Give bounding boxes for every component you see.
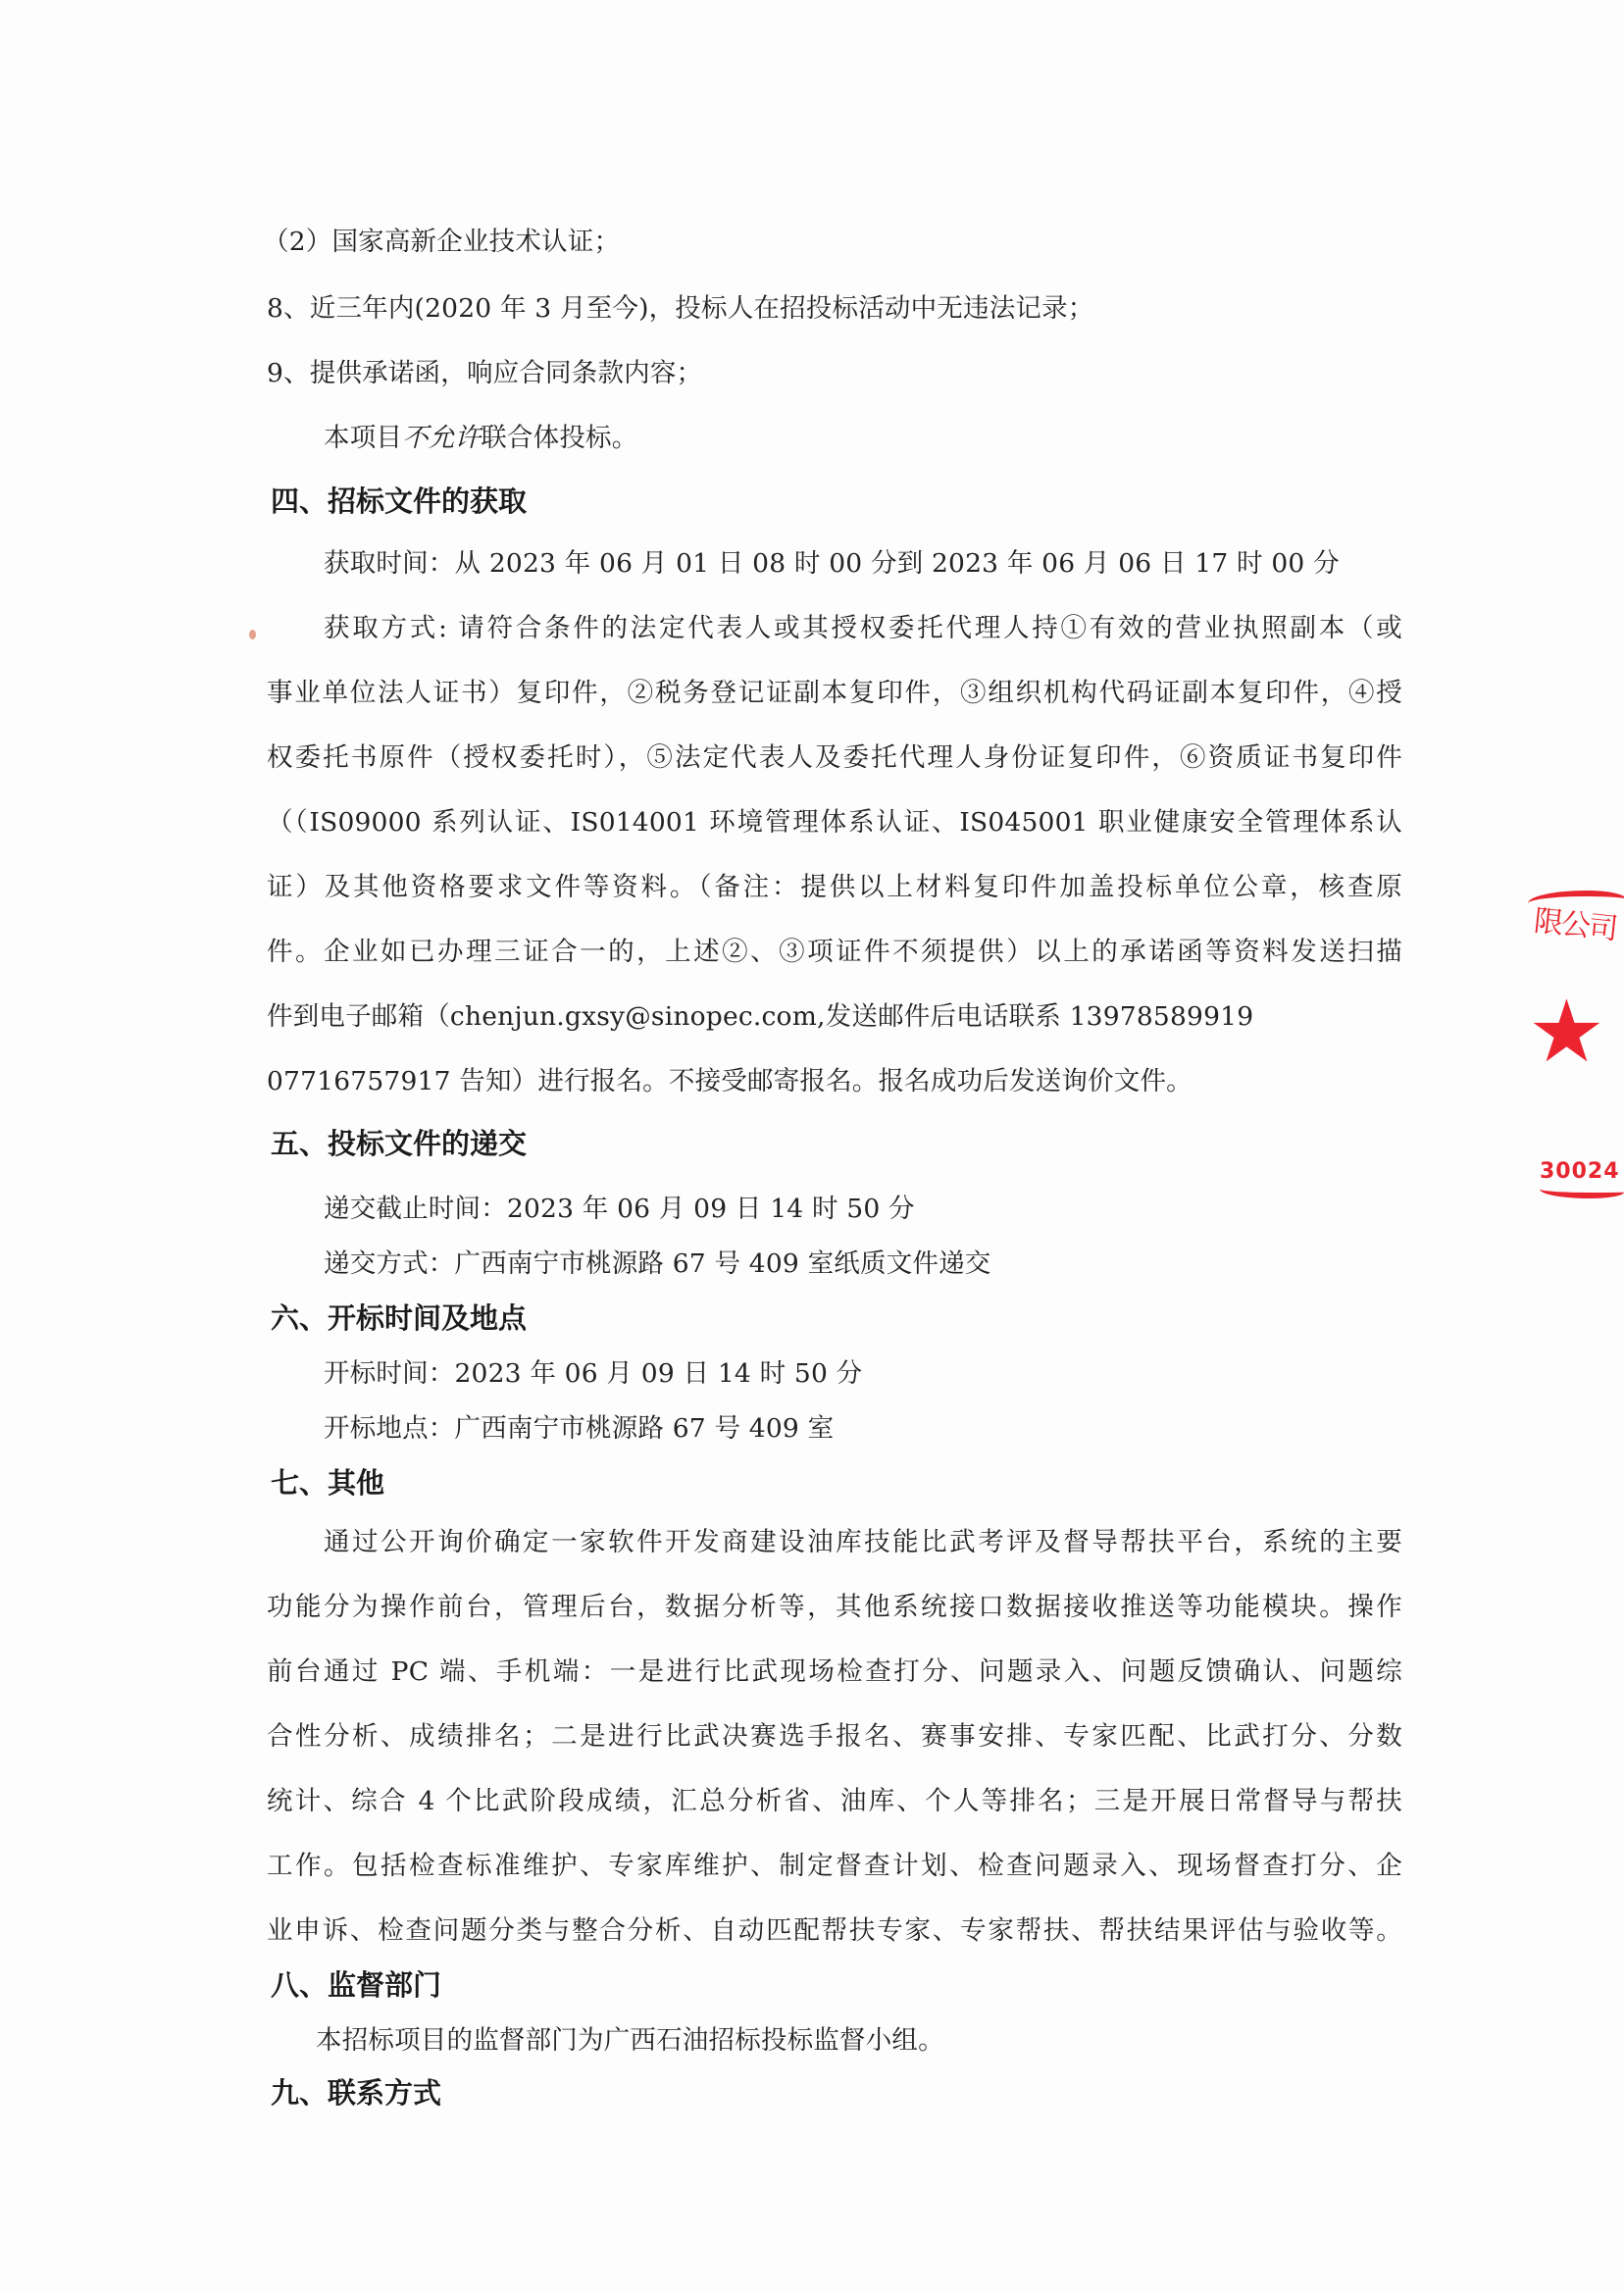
obtain-method-line-3: 权委托书原件（授权委托时），⑤法定代表人及委托代理人身份证复印件，⑥资质证书复印…: [267, 741, 1402, 775]
section-heading-submission: 五、投标文件的递交: [271, 1126, 527, 1161]
obtain-method-line-7: 件到电子邮箱（chenjun.gxsy@sinopec.com,发送邮件后电话联…: [267, 1000, 1253, 1034]
section-heading-obtain-documents: 四、招标文件的获取: [271, 484, 527, 519]
obtain-method-line-8: 07716757917 告知）进行报名。不接受邮寄报名。报名成功后发送询价文件。: [267, 1065, 1193, 1098]
other-line-3: 前台通过 PC 端、手机端：一是进行比武现场检查打分、问题录入、问题反馈确认、问…: [267, 1655, 1402, 1689]
obtain-time: 获取时间：从 2023 年 06 月 01 日 08 时 00 分到 2023 …: [324, 547, 1340, 581]
other-line-5: 统计、综合 4 个比武阶段成绩，汇总分析省、油库、个人等排名；三是开展日常督导与…: [267, 1785, 1402, 1818]
section-heading-supervision: 八、监督部门: [271, 1967, 441, 2003]
consortium-not-allowed: 不允许: [402, 423, 481, 453]
paper-speck: [249, 630, 256, 639]
qualification-item-2: （2）国家高新企业技术认证；: [263, 226, 620, 259]
bid-opening-place: 开标地点：广西南宁市桃源路 67 号 409 室: [324, 1412, 834, 1446]
submission-method: 递交方式：广西南宁市桃源路 67 号 409 室纸质文件递交: [324, 1247, 991, 1281]
bid-opening-time: 开标时间：2023 年 06 月 09 日 14 时 50 分: [324, 1357, 862, 1391]
other-line-2: 功能分为操作前台，管理后台，数据分析等，其他系统接口数据接收推送等功能模块。操作: [267, 1591, 1402, 1624]
obtain-method-line-5: 证）及其他资格要求文件等资料。（备注：提供以上材料复印件加盖投标单位公章，核查原: [267, 871, 1402, 904]
other-line-1: 通过公开询价确定一家软件开发商建设油库技能比武考评及督导帮扶平台，系统的主要: [324, 1526, 1402, 1559]
requirement-item-8: 8、近三年内(2020 年 3 月至今)，投标人在招投标活动中无违法记录；: [267, 292, 1094, 326]
requirement-item-9: 9、提供承诺函，响应合同条款内容；: [267, 357, 702, 390]
section-heading-other: 七、其他: [271, 1465, 384, 1501]
submission-deadline: 递交截止时间：2023 年 06 月 09 日 14 时 50 分: [324, 1193, 915, 1226]
seal-text: 限公司: [1532, 902, 1618, 950]
supervision-text: 本招标项目的监督部门为广西石油招标投标监督小组。: [316, 2024, 944, 2058]
obtain-method-line-2: 事业单位法人证书）复印件，②税务登记证副本复印件，③组织机构代码证副本复印件，④…: [267, 677, 1402, 710]
other-line-4: 合性分析、成绩排名；二是进行比武决赛选手报名、赛事安排、专家匹配、比武打分、分数: [267, 1720, 1402, 1754]
seal-arc-bottom: [1540, 1183, 1624, 1198]
document-page: （2）国家高新企业技术认证； 8、近三年内(2020 年 3 月至今)，投标人在…: [0, 0, 1624, 2291]
section-heading-bid-opening: 六、开标时间及地点: [271, 1300, 527, 1336]
obtain-method-line-1: 获取方式: 请符合条件的法定代表人或其授权委托代理人持①有效的营业执照副本（或: [324, 612, 1402, 645]
consortium-statement: 本项目不允许联合体投标。: [324, 422, 637, 455]
star-icon: ★: [1528, 989, 1605, 1075]
consortium-prefix: 本项目: [324, 423, 402, 453]
company-seal: 限公司 ★ 30024: [1510, 873, 1624, 1206]
other-line-6: 工作。包括检查标准维护、专家库维护、制定督查计划、检查问题录入、现场督查打分、企: [267, 1850, 1402, 1883]
obtain-method-line-6: 件。企业如已办理三证合一的，上述②、③项证件不须提供）以上的承诺函等资料发送扫描: [267, 936, 1402, 969]
section-heading-contact: 九、联系方式: [271, 2075, 441, 2111]
consortium-suffix: 联合体投标。: [481, 423, 637, 453]
other-line-7: 业申诉、检查问题分类与整合分析、自动匹配帮扶专家、专家帮扶、帮扶结果评估与验收等…: [267, 1914, 1402, 1948]
obtain-method-line-4: （（IS09000 系列认证、IS014001 环境管理体系认证、IS04500…: [267, 806, 1402, 840]
seal-number: 30024: [1540, 1159, 1620, 1184]
